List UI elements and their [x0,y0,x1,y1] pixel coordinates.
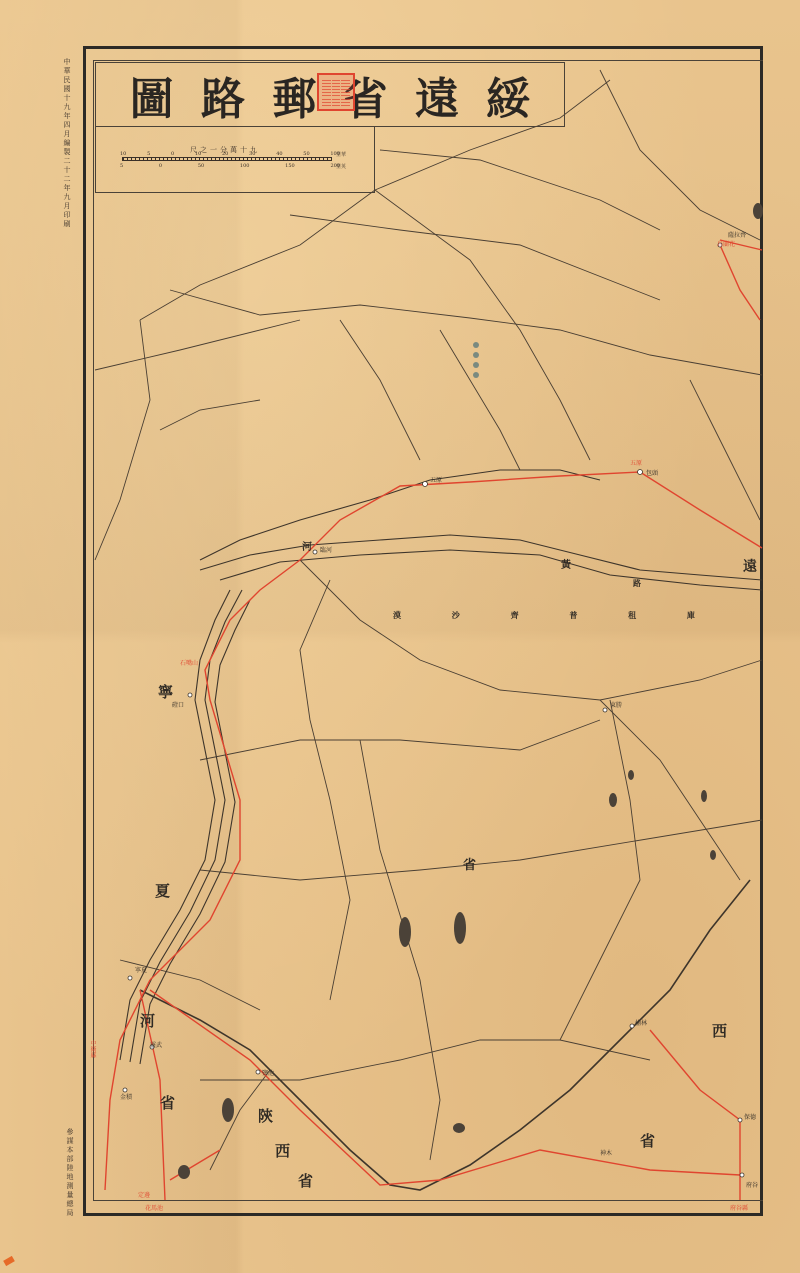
gansu-label-he: 河 [140,1010,155,1031]
red-place-label: 五原 [630,458,642,467]
shaanxi-label-shan: 陝 [258,1105,273,1126]
red-place-label: 烏蘭花 [717,239,735,248]
gansu-label-sheng: 省 [160,1092,175,1113]
place-label: 金積 [120,1092,132,1101]
red-place-label: 石嘴山 [180,658,198,667]
yellow-river-label-1: 黃 [561,556,571,571]
place-label: 包頭 [646,468,658,477]
province-label-center: 省 [463,854,476,873]
place-label: 榆林 [635,1018,647,1027]
place-label: 薩拉齊 [728,230,746,239]
ningxia-label-2: 夏 [155,880,170,901]
yellow-river-label-2: 河 [302,538,312,553]
lakes [178,203,763,1179]
railway-label: 路 [633,578,641,589]
yellow-river [120,470,762,1064]
place-label: 保德 [744,1112,756,1121]
red-place-label: 府谷縣 [730,1203,748,1212]
place-label: 靈武 [150,1040,162,1049]
great-wall [140,880,750,1190]
shaanxi-label-xi: 西 [275,1140,290,1161]
place-label: 磴口 [172,700,184,709]
suiyuan-label: 遠 [743,556,757,576]
place-label: 臨河 [320,545,332,554]
shanxi-label-sheng: 省 [640,1130,655,1151]
marsh [473,342,479,378]
place-label: 五原 [430,475,442,484]
red-place-label: 中衛縣 [88,1040,97,1058]
red-place-label: 花馬池 [145,1203,163,1212]
desert-label: 漠 沙 齊 普 租 庫 [393,610,719,621]
place-label: 府谷 [746,1180,758,1189]
shanxi-label-xi: 西 [712,1020,727,1041]
place-label: 神木 [600,1148,612,1157]
place-label: 鹽池 [262,1068,274,1077]
shaanxi-label-sheng: 省 [298,1170,313,1191]
place-label: 寧夏 [135,965,147,974]
ningxia-label-1: 寧 [158,681,173,702]
red-place-label: 定邊 [138,1190,150,1199]
postal-routes [105,240,762,1200]
place-label: 東勝 [610,700,622,709]
map-canvas [0,0,800,1273]
